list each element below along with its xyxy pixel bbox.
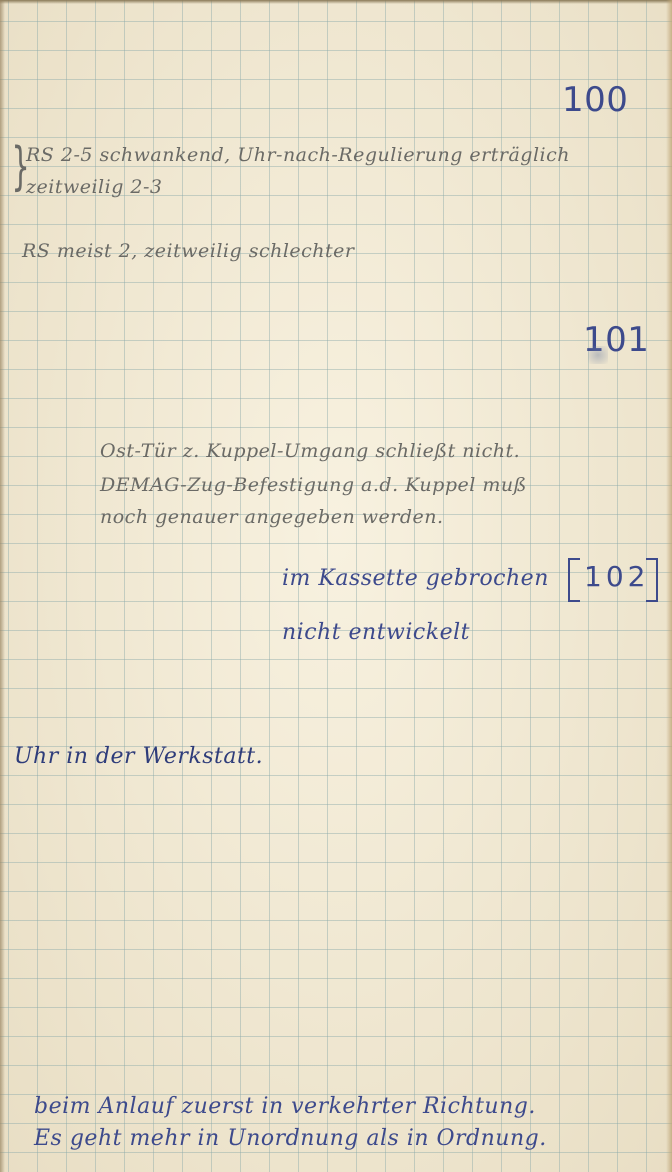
notebook-page: 100 } RS 2-5 schwankend, Uhr-nach-Reguli… (0, 0, 672, 1172)
entry-100-line-1: RS 2-5 schwankend, Uhr-nach-Regulierung … (26, 144, 570, 166)
workshop-note: Uhr in der Werkstatt. (14, 744, 263, 769)
entry-102-line-2: nicht entwickelt (282, 620, 470, 645)
bottom-note-line-1: beim Anlauf zuerst in verkehrter Richtun… (34, 1094, 536, 1119)
page-edge-left (0, 0, 5, 1172)
entry-101-line-1: Ost-Tür z. Kuppel-Umgang schließt nicht. (100, 440, 520, 462)
entry-101-line-2: DEMAG-Zug-Befestigung a.d. Kuppel muß (100, 474, 527, 496)
entry-number-102: 102 (584, 560, 649, 593)
entry-101-line-3: noch genauer angegeben werden. (100, 506, 444, 528)
page-edge-right (666, 0, 672, 1172)
entry-100-line-2: zeitweilig 2-3 (26, 176, 163, 198)
entry-number-100: 100 (562, 80, 628, 120)
entry-102-line-1: im Kassette gebrochen (282, 566, 549, 591)
ink-smudge (588, 346, 608, 364)
entry-number-102-bracket: 102 (568, 558, 658, 602)
bottom-note-line-2: Es geht mehr in Unordnung als in Ordnung… (34, 1126, 547, 1151)
entry-100-line-3: RS meist 2, zeitweilig schlechter (22, 240, 355, 262)
page-edge-top (0, 0, 672, 4)
